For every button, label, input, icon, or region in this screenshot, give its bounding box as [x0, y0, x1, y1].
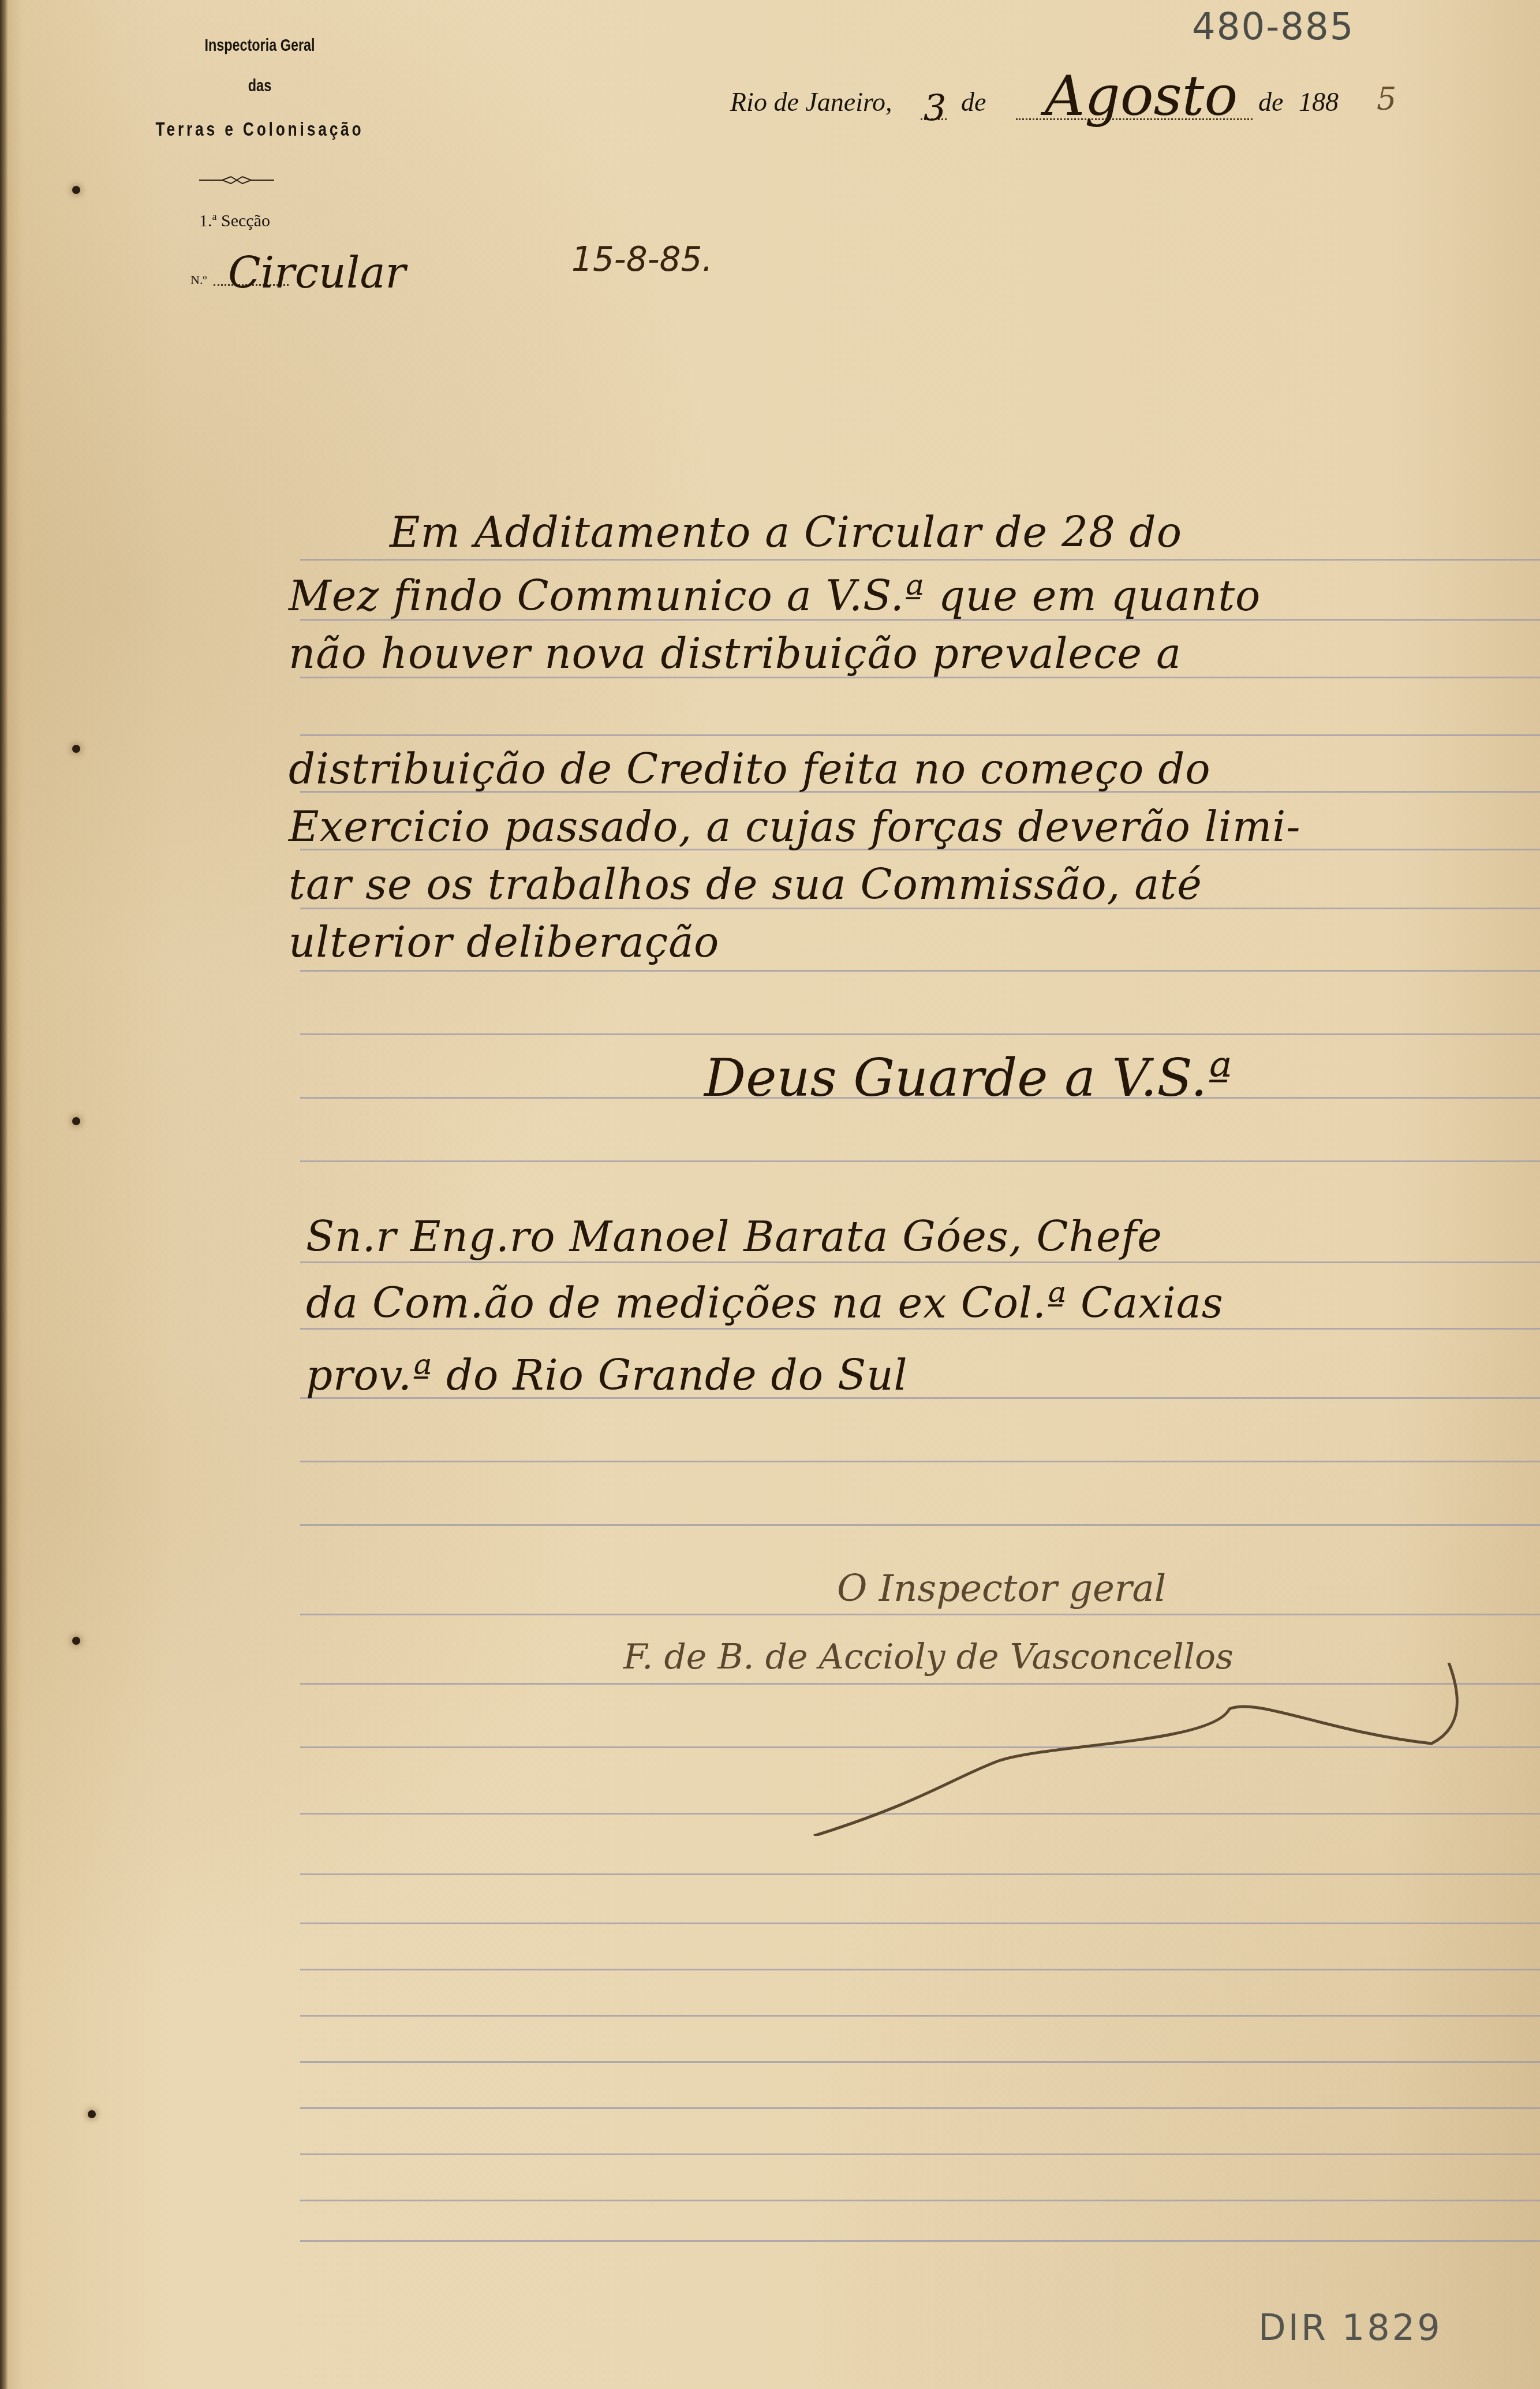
punch-hole [72, 1117, 80, 1125]
dateline-year-handwritten: 5 [1377, 81, 1396, 117]
dateline-place: Rio de Janeiro, [730, 87, 892, 117]
signatory-title: O Inspector geral [837, 1567, 1166, 1610]
letterhead-line-3: Terras e Colonisação [140, 118, 380, 140]
number-label: N.º [190, 273, 207, 288]
dateline-month: Agosto [1045, 64, 1238, 128]
addressee-line: da Com.ão de medições na ex Col.ª Caxias [306, 1279, 1224, 1327]
body-line: Mez findo Communico a V.S.ª que em quant… [289, 572, 1261, 620]
dateline-de-1: de [961, 87, 986, 117]
closing-salutation: Deus Guarde a V.S.ª [704, 1048, 1232, 1108]
punch-hole [72, 745, 80, 753]
torn-left-edge [0, 0, 8, 2389]
dateline-day: 3 [924, 87, 946, 129]
body-line: não houver nova distribuição prevalece a [289, 629, 1182, 678]
signature-flourish-icon [808, 1663, 1472, 1836]
body-line: Exercicio passado, a cujas forças deverã… [289, 802, 1301, 851]
section-label: 1.a Secção [199, 211, 270, 231]
archive-reference-bottom: DIR 1829 [1258, 2306, 1442, 2349]
punch-hole [88, 2110, 96, 2118]
number-value-handwritten: Circular [228, 248, 406, 298]
body-line: distribuição de Credito feita no começo … [289, 745, 1211, 793]
body-line: tar se os trabalhos de sua Commissão, at… [289, 860, 1202, 909]
paper-background [0, 0, 1540, 2389]
dateline-de-2: de [1258, 87, 1283, 117]
addressee-line: prov.ª do Rio Grande do Sul [306, 1351, 908, 1399]
punch-hole [72, 1637, 80, 1645]
body-line: ulterior deliberação [289, 918, 719, 966]
punch-hole [72, 186, 80, 194]
addressee-line: Sn.r Eng.ro Manoel Barata Góes, Chefe [306, 1212, 1163, 1261]
letterhead-line-1: Inspectoria Geral [197, 36, 323, 55]
body-line: Em Additamento a Circular de 28 do [390, 508, 1182, 557]
dateline-year-printed: 188 [1299, 87, 1339, 117]
letterhead-line-2: das [197, 76, 323, 96]
ornament-divider-icon [199, 174, 274, 186]
archive-reference-top: 480-885 [1192, 6, 1354, 48]
received-date: 15-8-85. [571, 240, 713, 279]
